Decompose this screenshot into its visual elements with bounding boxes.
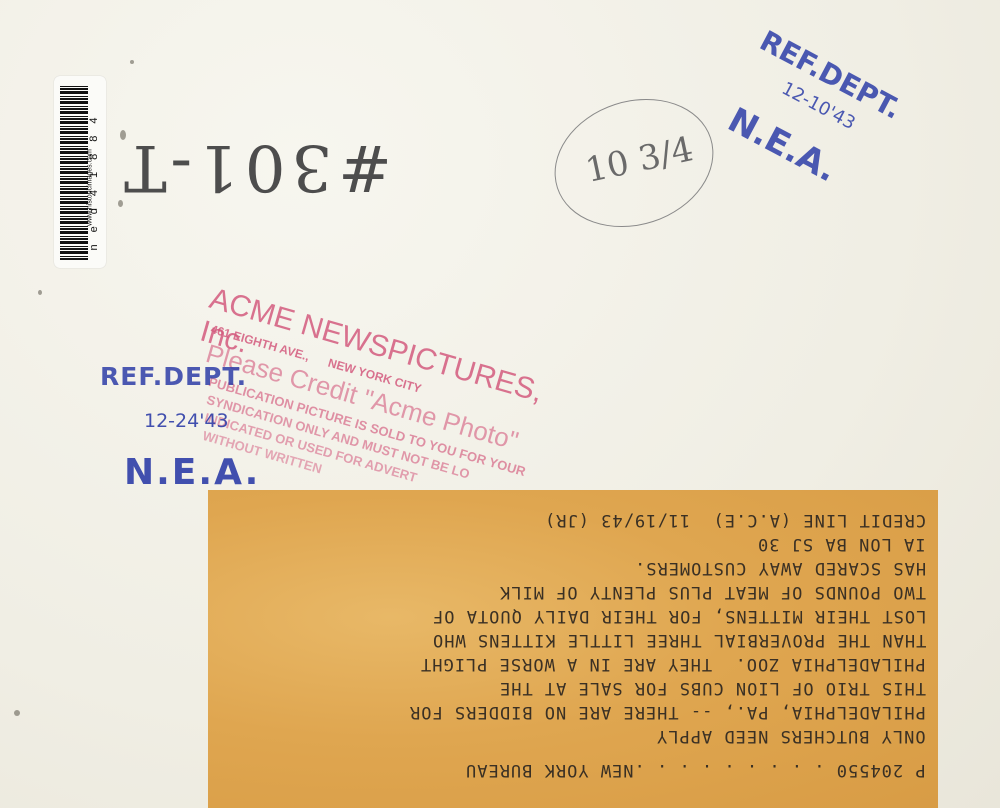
dust-speck [38, 290, 42, 295]
stamp-date: 12-24'43 [144, 410, 229, 432]
barcode-sticker: ned41884 www.historicimages.com [54, 76, 106, 268]
ref-dept-stamp-top: REF.DEPT. 12-10'43 N.E.A. [740, 8, 1000, 208]
caption-line: CREDIT LINE (A.C.E) 11/19/43 (JR) [544, 510, 926, 530]
caption-line: HAS SCARED AWAY CUSTOMERS. [634, 558, 926, 578]
pencil-notation: #301-T [118, 130, 392, 204]
ref-dept-stamp-left: REF.DEPT. 12-24'43 N.E.A. [100, 362, 310, 502]
stamp-heading: REF.DEPT. [100, 362, 247, 391]
dust-speck [14, 710, 20, 716]
barcode-bars [60, 84, 88, 260]
caption-line: LOST THEIR MITTENS, FOR THEIR DAILY QUOT… [432, 606, 926, 626]
caption-line: P 204550 . . . . . . . . .NEW YORK BUREA… [465, 760, 926, 780]
caption-line: PHILADELPHIA ZOO. THEY ARE IN A WORSE PL… [420, 654, 926, 674]
caption-line: THAN THE PROVERBIAL THREE LITTLE KITTENS… [432, 630, 926, 650]
caption-line: ONLY BUTCHERS NEED APPLY [656, 726, 926, 746]
dust-speck [130, 60, 134, 64]
barcode-url: www.historicimages.com [87, 93, 94, 283]
caption-line: IA LON BA SJ 30 [757, 534, 926, 554]
caption-line: PHILADELPHIA, PA., -- THERE ARE NO BIDDE… [409, 702, 926, 722]
stamp-nea: N.E.A. [124, 452, 260, 493]
caption-line: TWO POUNDS OF MEAT PLUS PLENTY OF MILK [499, 582, 926, 602]
caption-label: CREDIT LINE (A.C.E) 11/19/43 (JR) IA LON… [208, 490, 938, 808]
caption-line: THIS TRIO OF LION CUBS FOR SALE AT THE [499, 678, 926, 698]
